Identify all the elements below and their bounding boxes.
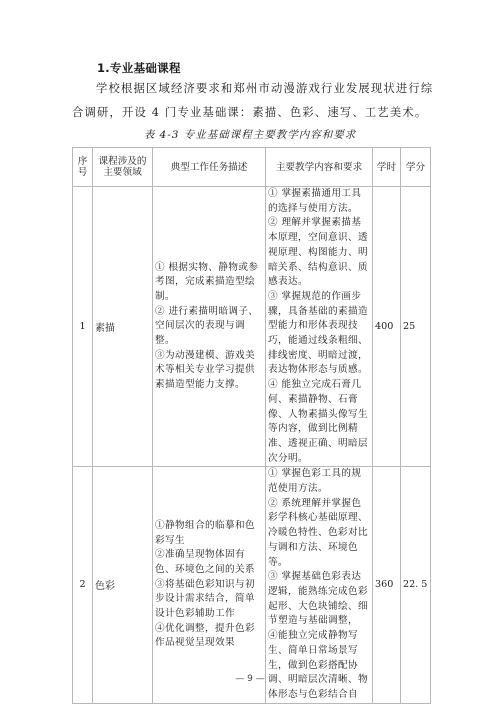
content-item: ③ 掌握基础色彩表达逻辑，能熟练完成色彩起形、大色块铺绘、细节塑造与基础调整， [268, 570, 370, 629]
row-credits: 25 [401, 187, 431, 467]
task-item: ①静物组合的临摹和色彩写生 [155, 519, 263, 548]
content-item: ② 系统理解并掌握色彩学科核心基础原理、冷暖色特性、色彩对比与调和方法、环境色等… [268, 497, 370, 571]
content-item: ④能独立完成静物写生、简单日常场景写生，做到色彩搭配协调、明暗层次清晰、物体形态… [268, 629, 370, 703]
task-item: ④优化调整，提升色彩作品视觉呈现效果 [155, 622, 263, 651]
row-hours: 400 [373, 187, 401, 467]
row-index: 2 [73, 467, 93, 703]
row-credits: 22. 5 [401, 467, 431, 703]
intro-paragraph: 学校根据区域经济要求和郑州市动漫游戏行业发展现状进行综 合调研，开设 4 门专业… [72, 77, 432, 125]
section-heading: 1.专业基础课程 [97, 60, 181, 76]
content-item: ③ 掌握规范的作画步骤，具备基础的素描造型能力和形体表现技巧，能通过线条粗细、排… [268, 290, 370, 378]
row-field: 素描 [93, 187, 153, 467]
row-index: 1 [73, 187, 93, 467]
task-item: ② 进行素描明暗调子、空间层次的表现与调整。 [155, 305, 263, 349]
table-caption: 表 4-3 专业基础课程主要教学内容和要求 [0, 127, 500, 142]
task-item: ②准确呈现物体固有色、环境色之间的关系 [155, 548, 263, 577]
row-content: ① 掌握素描通用工具的选择与使用方法。 ② 理解并掌握素描基本原理，空间意识、透… [266, 187, 373, 467]
header-index: 序号 [73, 148, 93, 187]
header-field: 课程涉及的主要领域 [93, 148, 153, 187]
task-item: ③将基础色彩知识与初步设计需求结合，简单设计色彩辅助工作 [155, 578, 263, 622]
content-item: ④ 能独立完成石膏几何、素描静物、石膏像、人物素描头像写生等内容，做到比例精准、… [268, 378, 370, 466]
header-credits: 学分 [401, 148, 431, 187]
table-row: 2 色彩 ①静物组合的临摹和色彩写生 ②准确呈现物体固有色、环境色之间的关系 ③… [73, 467, 431, 703]
table-header-row: 序号 课程涉及的主要领域 典型工作任务描述 主要教学内容和要求 学时 学分 [73, 148, 431, 187]
content-item: ① 掌握素描通用工具的选择与使用方法。 [268, 187, 370, 216]
row-field: 色彩 [93, 467, 153, 703]
task-item: ① 根据实物、静物或参考图，完成素描造型绘制。 [155, 261, 263, 305]
curriculum-table: 序号 课程涉及的主要领域 典型工作任务描述 主要教学内容和要求 学时 学分 1 … [72, 147, 431, 704]
row-hours: 360 [373, 467, 401, 703]
row-tasks: ① 根据实物、静物或参考图，完成素描造型绘制。 ② 进行素描明暗调子、空间层次的… [153, 187, 266, 467]
content-item: ② 理解并掌握素描基本原理，空间意识、透视原理、构图能力、明暗关系、结构意识、质… [268, 216, 370, 290]
table-row: 1 素描 ① 根据实物、静物或参考图，完成素描造型绘制。 ② 进行素描明暗调子、… [73, 187, 431, 467]
page-number: — 9 — [0, 674, 500, 684]
content-item: ① 掌握色彩工具的规范使用方法。 [268, 467, 370, 496]
header-content: 主要教学内容和要求 [266, 148, 373, 187]
header-tasks: 典型工作任务描述 [153, 148, 266, 187]
intro-paragraph-line-1: 学校根据区域经济要求和郑州市动漫游戏行业发展现状进行综 [72, 77, 432, 101]
intro-paragraph-line-2: 合调研，开设 4 门专业基础课：素描、色彩、速写、工艺美术。 [72, 101, 432, 125]
row-tasks: ①静物组合的临摹和色彩写生 ②准确呈现物体固有色、环境色之间的关系 ③将基础色彩… [153, 467, 266, 703]
row-content: ① 掌握色彩工具的规范使用方法。 ② 系统理解并掌握色彩学科核心基础原理、冷暖色… [266, 467, 373, 703]
task-item: ③为动漫建模、游戏美术等相关专业学习提供素描造型能力支撑。 [155, 349, 263, 393]
header-hours: 学时 [373, 148, 401, 187]
